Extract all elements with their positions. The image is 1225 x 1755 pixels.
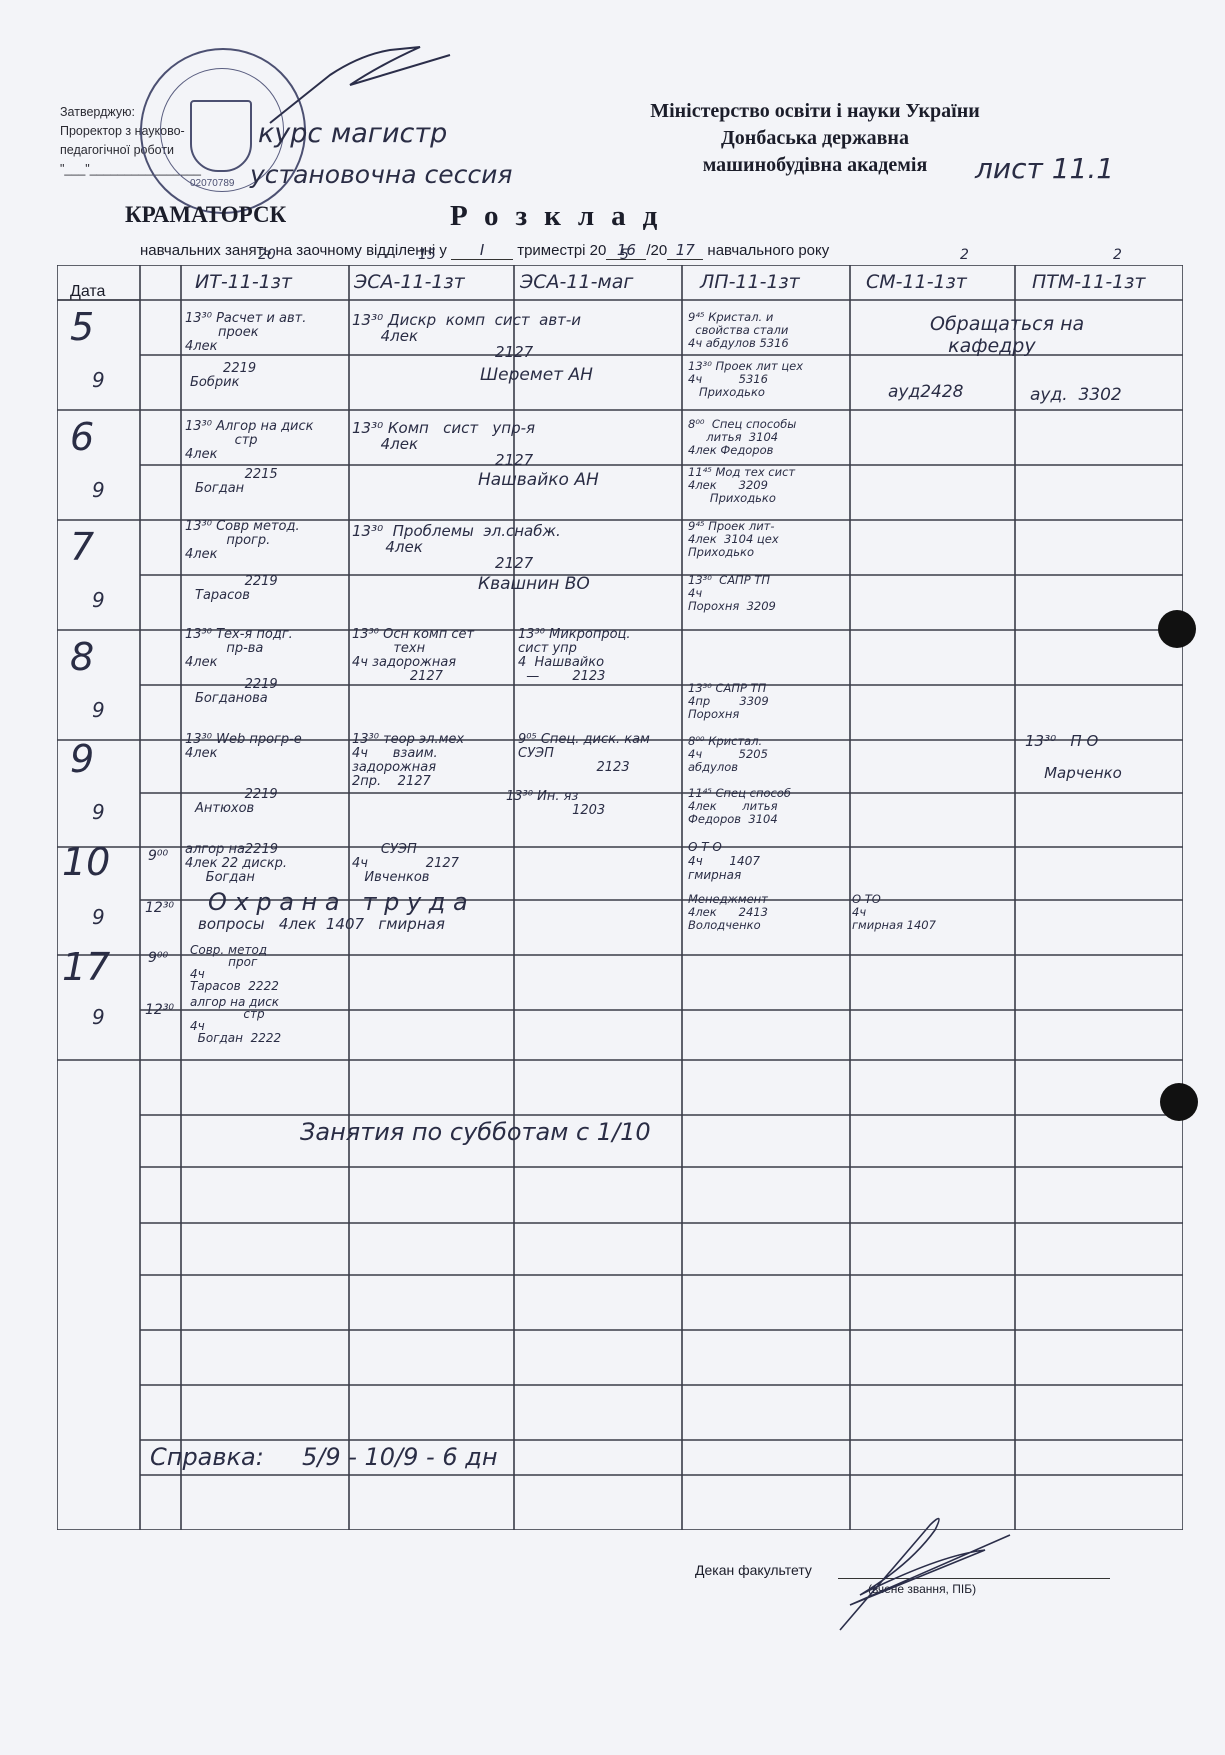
date-day: 8 <box>70 635 94 679</box>
schedule-entry: 8⁰⁰ Кристал. 4ч 5205 абдулов <box>688 735 768 774</box>
schedule-entry: ауд. 3302 <box>1030 388 1122 402</box>
group-header-lp: ЛП-11-1зт <box>700 271 800 293</box>
schedule-entry: О Т О 4ч 1407 гмирная <box>688 840 760 882</box>
schedule-entry: Нашвайко АН <box>478 473 599 487</box>
schedule-entry: 8⁰⁰ Спец способы литья 3104 4лек Федоров <box>688 418 796 457</box>
schedule-entry: 13³⁰ Расчет и авт. проек 4лек <box>185 312 306 354</box>
schedule-entry: Обращаться на кафедру <box>930 313 1084 357</box>
city-name: КРАМАТОРСК <box>125 202 286 228</box>
schedule-entry: 13³⁰ теор эл.мех 4ч взаим. задорожная 2п… <box>352 733 464 789</box>
sheet-number: лист 11.1 <box>975 152 1114 185</box>
date-day: 6 <box>70 415 94 459</box>
time-slot: 9⁰⁰ <box>148 848 168 864</box>
saturday-classes-note: Занятия по субботам с 1/10 <box>300 1118 651 1146</box>
date-day: 5 <box>70 305 94 349</box>
schedule-entry: 9⁴⁵ Кристал. и свойства стали 4ч абдулов… <box>688 311 789 350</box>
group-header-ptm: ПТМ-11-1зт <box>1032 271 1145 293</box>
schedule-entry: Менеджмент 4лек 2413 Володченко <box>688 893 768 932</box>
schedule-entry: 9⁰⁵ Спец. диск. кам СУЭП 2123 <box>518 733 650 775</box>
handwritten-session: установочна сессия <box>250 160 512 189</box>
trimester-field: I <box>451 241 513 260</box>
stamp-number: 02070789 <box>190 178 235 189</box>
date-column-header: Дата <box>70 283 105 301</box>
header-mark: 20 <box>258 247 276 263</box>
schedule-entry: 2219 Богданова <box>195 678 278 706</box>
date-month: 9 <box>92 368 105 392</box>
schedule-entry: СУЭП 4ч 2127 Ивченков <box>352 843 459 885</box>
ministry-name: Міністерство освіти і науки України <box>570 98 1060 125</box>
schedule-entry: 13³⁰ Web прогр-е 4лек <box>185 733 302 761</box>
time-slot: 9⁰⁰ <box>148 950 168 966</box>
merged-note-labor-protection: О х р а н а т р у д а <box>208 888 468 916</box>
document-subtitle: навчальних занять на заочному відділенні… <box>140 241 829 260</box>
schedule-entry: 13³⁰ Проблемы эл.снабж. 4лек 2127 <box>352 523 561 571</box>
date-day: 10 <box>62 840 110 884</box>
schedule-entry: 13³⁰ Комп сист упр-я 4лек 2127 <box>352 420 535 468</box>
group-header-it: ИТ-11-1зт <box>195 271 292 293</box>
date-month: 9 <box>92 905 105 929</box>
schedule-entry: 11⁴⁵ Спец способ 4лек литья Федоров 3104 <box>688 787 791 826</box>
schedule-entry: 13³⁰ Ин. яз 1203 <box>506 790 605 818</box>
schedule-entry: 13³⁰ Совр метод. прогр. 4лек <box>185 520 300 562</box>
schedule-entry: 2219 Бобрик <box>190 362 256 390</box>
schedule-entry: 13³⁰ Осн комп сет техн 4ч задорожная 212… <box>352 628 474 684</box>
signature-icon <box>240 45 460 125</box>
dean-signature-icon <box>820 1515 1020 1635</box>
date-month: 9 <box>92 800 105 824</box>
schedule-entry: 2215 Богдан <box>195 468 278 496</box>
document-title: Розклад <box>450 200 674 233</box>
schedule-entry: 13³⁰ Дискр комп сист авт-и 4лек 2127 <box>352 312 581 360</box>
time-slot: 12³⁰ <box>145 900 174 916</box>
year-to-field: 17 <box>667 241 703 260</box>
subtitle-prefix: навчальних занять на заочному відділенні… <box>140 242 447 259</box>
schedule-entry: 13³⁰ Алгор на диск стр 4лек <box>185 420 314 462</box>
schedule-entry: 13³⁰ САПР ТП 4ч Порохня 3209 <box>688 574 776 613</box>
group-header-esa-mag: ЭСА-11-маг <box>520 271 633 293</box>
date-month: 9 <box>92 478 105 502</box>
schedule-entry: 13³⁰ Проек лит цех 4ч 5316 Приходько <box>688 360 803 399</box>
schedule-entry: алгор на2219 4лек 22 дискр. Богдан <box>185 843 287 885</box>
date-month: 9 <box>92 588 105 612</box>
header-mark: 2 <box>960 247 969 263</box>
punch-hole <box>1158 610 1196 648</box>
schedule-entry: 2219 Антюхов <box>195 788 278 816</box>
date-day: 17 <box>62 945 110 989</box>
punch-hole <box>1160 1083 1198 1121</box>
merged-note-labor-protection-details: вопросы 4лек 1407 гмирная <box>198 915 445 933</box>
schedule-entry: О ТО 4ч гмирная 1407 <box>852 893 936 932</box>
header-mark: 15 <box>418 247 436 263</box>
time-slot: 12³⁰ <box>145 1002 174 1018</box>
schedule-entry: 13³⁰ Тех-я подг. пр-ва 4лек <box>185 628 293 670</box>
reference-note: Справка: 5/9 - 10/9 - 6 дн <box>150 1443 498 1471</box>
schedule-entry: 2219 Тарасов <box>195 575 278 603</box>
subtitle-suffix: навчального року <box>707 242 829 259</box>
schedule-entry: 13³⁰ Микропроц. сист упр 4 Нашвайко — 21… <box>518 628 631 684</box>
subtitle-mid: триместрі 20 <box>517 242 606 259</box>
group-header-sm: СМ-11-1зт <box>866 271 967 293</box>
academy-name-line1: Донбаська державна <box>570 125 1060 152</box>
date-month: 9 <box>92 1005 105 1029</box>
schedule-entry: 13³⁰ П О Марченко <box>1025 733 1122 781</box>
schedule-entry: 11⁴⁵ Мод тех сист 4лек 3209 Приходько <box>688 466 795 505</box>
header-mark: 2 <box>1113 247 1122 263</box>
schedule-entry: алгор на диск стр 4ч Богдан 2222 <box>190 996 281 1044</box>
date-day: 7 <box>70 525 94 569</box>
date-month: 9 <box>92 698 105 722</box>
schedule-entry: Совр. метод прог 4ч Тарасов 2222 <box>190 944 279 992</box>
schedule-entry: Квашнин ВО <box>478 577 590 591</box>
dean-label: Декан факультету <box>695 1562 812 1578</box>
handwritten-course: курс магистр <box>258 118 447 149</box>
schedule-entry: ауд2428 <box>888 385 964 399</box>
schedule-entry: 13³⁰ САПР ТП 4пр 3309 Порохня <box>688 682 769 721</box>
subtitle-sep: /20 <box>646 242 667 259</box>
date-day: 9 <box>70 737 94 781</box>
header-mark: 5 <box>620 247 629 263</box>
schedule-entry: Шеремет АН <box>480 368 593 382</box>
group-header-esa-1zt: ЭСА-11-1зт <box>354 271 465 293</box>
schedule-entry: 9⁴⁵ Проек лит- 4лек 3104 цех Приходько <box>688 520 779 559</box>
